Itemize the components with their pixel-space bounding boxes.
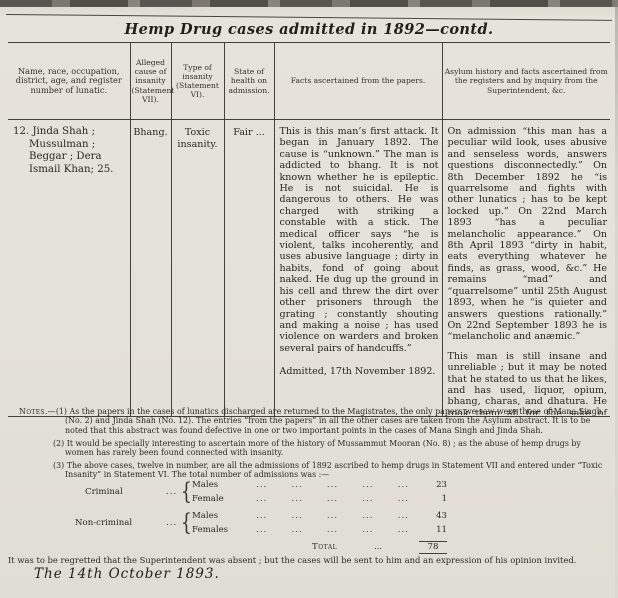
admissions-row: Males ............... 43 — [192, 511, 447, 521]
cell-name: 12. Jinda Shah ; Mussulman ; Beggar ; De… — [8, 120, 130, 417]
admissions-total-row: Total ... 78 — [312, 541, 447, 554]
header-state-of-health: State of health on admission. — [224, 43, 274, 120]
admissions-row-label: Males — [192, 480, 244, 490]
leader-dots: ... — [374, 542, 382, 552]
admissions-row-label: Female — [192, 494, 244, 504]
horizontal-rule — [6, 14, 612, 21]
admissions-row-value: 11 — [421, 525, 447, 535]
admissions-summary: Criminal ... { Males ............... 23 … — [0, 478, 618, 556]
note-item-1: Notes.—(1) As the papers in the cases of… — [8, 407, 612, 435]
note-1-number: (1) — [56, 407, 67, 416]
page-title: Hemp Drug cases admitted in 1892—contd. — [0, 21, 618, 38]
leader-dots: ... — [350, 480, 385, 490]
header-facts: Facts ascertained from the papers. — [274, 43, 442, 120]
asylum-remarks-paragraph: This man is still insane and unreliable … — [448, 351, 608, 415]
admissions-row: Males ............... 23 — [192, 480, 447, 490]
header-asylum-history: Asylum history and facts ascertained fro… — [442, 43, 610, 120]
leader-dots: ... — [350, 511, 385, 521]
facts-admitted-line: Admitted, 17th November 1892. — [280, 366, 439, 377]
group-label-non-criminal: Non-criminal — [75, 518, 132, 528]
admissions-row-value: 23 — [421, 480, 447, 490]
brace-glyph: { — [181, 480, 192, 504]
cases-table: Name, race, occupation, district, age, a… — [8, 42, 610, 417]
cell-asylum-history: On admission “this man has a peculiar wi… — [442, 120, 610, 417]
leader-dots: ... — [386, 511, 421, 521]
leader-dots: ... — [315, 525, 350, 535]
note-3-number: (3) — [53, 461, 64, 470]
admissions-row: Females ............... 11 — [192, 525, 447, 535]
leader-dots: ... — [279, 525, 314, 535]
leader-dots: ... — [166, 487, 177, 497]
superintendent-remark-line: It was to be regretted that the Superint… — [8, 555, 612, 565]
leader-dots: ... — [244, 480, 279, 490]
leader-dots: ... — [279, 480, 314, 490]
total-label: Total — [312, 542, 337, 552]
note-3-text: The above cases, twelve in number, are a… — [65, 461, 602, 479]
table-header-row: Name, race, occupation, district, age, a… — [8, 43, 610, 120]
state-of-health-text: Fair ... — [225, 120, 274, 416]
leader-dots: ... — [244, 525, 279, 535]
note-2-text: It would be specially interesting to asc… — [65, 439, 581, 457]
admissions-row-value: 43 — [421, 511, 447, 521]
total-value: 78 — [419, 541, 447, 554]
group-label-criminal: Criminal — [85, 487, 123, 497]
leader-dots: ... — [350, 494, 385, 504]
table-row: 12. Jinda Shah ; Mussulman ; Beggar ; De… — [8, 120, 610, 417]
leader-dots: ... — [166, 518, 177, 528]
leader-dots: ... — [279, 494, 314, 504]
leader-dots: ... — [386, 480, 421, 490]
leader-dots: ... — [244, 494, 279, 504]
note-1-text: As the papers in the cases of lunatics d… — [65, 407, 602, 435]
header-alleged-cause: Alleged cause of insanity (Statement VII… — [130, 43, 171, 120]
note-2-number: (2) — [53, 439, 64, 448]
alleged-cause-text: Bhang. — [131, 120, 171, 416]
notes-section: Notes.—(1) As the papers in the cases of… — [8, 407, 612, 483]
cell-type-of-insanity: Toxic insanity. — [171, 120, 224, 417]
admissions-row: Female ............... 1 — [192, 494, 447, 504]
header-type-of-insanity: Type of insanity (Statement VI). — [171, 43, 224, 120]
leader-dots: ... — [386, 494, 421, 504]
leader-dots: ... — [386, 525, 421, 535]
facts-paragraph: This is this man’s first attack. It bega… — [280, 126, 439, 354]
leader-dots: ... — [315, 494, 350, 504]
cell-state-of-health: Fair ... — [224, 120, 274, 417]
type-of-insanity-text: Toxic insanity. — [172, 120, 224, 416]
leader-dots: ... — [279, 511, 314, 521]
lunatic-name-text: 12. Jinda Shah ; Mussulman ; Beggar ; De… — [13, 126, 127, 176]
scanned-document-page: Hemp Drug cases admitted in 1892—contd. … — [0, 0, 618, 598]
admissions-row-value: 1 — [421, 494, 447, 504]
date-line: The 14th October 1893. — [34, 566, 220, 582]
note-item-2: (2) It would be specially interesting to… — [8, 439, 612, 458]
leader-dots: ... — [244, 511, 279, 521]
scan-edge-artifact — [0, 0, 618, 7]
brace-glyph: { — [181, 511, 192, 535]
admissions-row-label: Males — [192, 511, 244, 521]
notes-label: Notes.— — [19, 407, 56, 416]
leader-dots: ... — [315, 480, 350, 490]
admissions-row-label: Females — [192, 525, 244, 535]
header-name: Name, race, occupation, district, age, a… — [8, 43, 130, 120]
asylum-paragraph: On admission “this man has a peculiar wi… — [448, 126, 608, 343]
leader-dots: ... — [315, 511, 350, 521]
cell-facts: This is this man’s first attack. It bega… — [274, 120, 442, 417]
cell-alleged-cause: Bhang. — [130, 120, 171, 417]
leader-dots: ... — [350, 525, 385, 535]
